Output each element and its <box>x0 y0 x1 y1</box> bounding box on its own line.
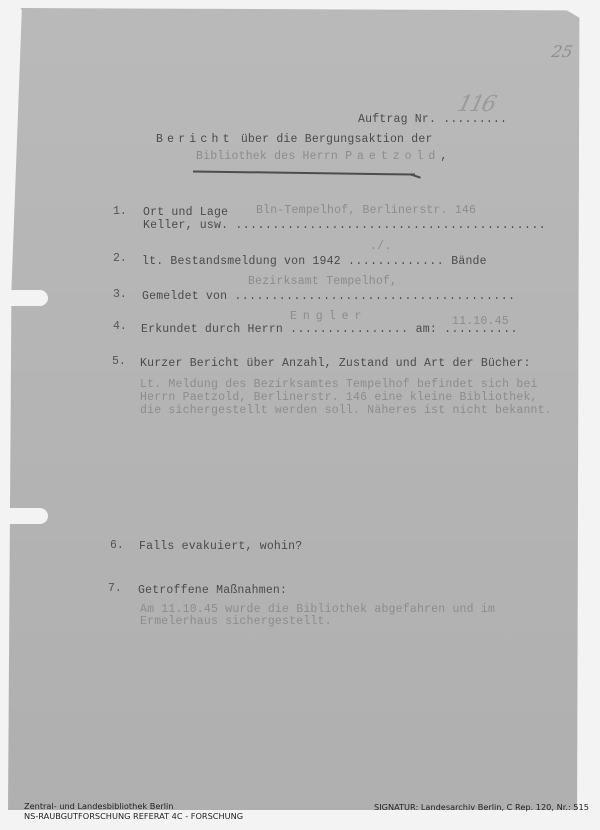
item-label-investigator: Erkundet durch Herrn ................ am… <box>141 323 518 336</box>
item-number-3: 3. <box>113 288 127 301</box>
footer-department: NS-RAUBGUTFORSCHUNG REFERAT 4C - FORSCHU… <box>24 811 243 821</box>
item-value-inventory: ./. <box>370 240 391 253</box>
cellar-label-text: Keller, usw. <box>143 219 235 232</box>
owner-name: Paetzold <box>345 150 440 163</box>
title-spaced-word: Bericht <box>156 133 234 146</box>
fill-dots: ...................................... <box>234 290 515 303</box>
item-number-2: 2. <box>113 252 127 265</box>
item-value-location: Bln-Tempelhof, Berlinerstr. 146 <box>256 204 476 217</box>
item-label-inventory: lt. Bestandsmeldung von 1942 ...........… <box>142 255 487 268</box>
punch-hole-bottom <box>8 508 48 524</box>
investigator-label-text: Erkundet durch Herrn <box>141 323 290 336</box>
item-label-location: Ort und Lage <box>143 206 228 219</box>
fill-dots: ................ <box>290 323 408 336</box>
report-subtitle: Bibliothek des Herrn Paetzold, <box>196 150 447 163</box>
inventory-label-text: lt. Bestandsmeldung von 1942 <box>142 255 348 268</box>
order-label: Auftrag Nr. ......... <box>358 113 507 126</box>
report-title: Bericht über die Bergungsaktion der <box>156 133 433 146</box>
item-label-evacuated: Falls evakuiert, wohin? <box>139 540 302 553</box>
item-number-7: 7. <box>108 582 122 595</box>
fill-dots: ............. <box>348 255 444 268</box>
title-rest: über die Bergungsaktion der <box>234 133 433 146</box>
report-text-line-2: Herrn Paetzold, Berlinerstr. 146 eine kl… <box>140 391 538 404</box>
item-label-measures: Getroffene Maßnahmen: <box>138 584 287 597</box>
item-number-5: 5. <box>112 355 126 368</box>
reported-label-text: Gemeldet von <box>142 290 234 303</box>
subtitle-prefix: Bibliothek des Herrn <box>196 150 345 163</box>
item-label-report: Kurzer Bericht über Anzahl, Zustand und … <box>140 357 531 370</box>
date-fill-dots: .......... <box>444 323 518 336</box>
volumes-unit: Bände <box>444 255 487 268</box>
item-number-4: 4. <box>113 320 127 333</box>
report-text-line-3: die sichergestellt werden soll. Näheres … <box>140 404 552 417</box>
fill-dots: ........................................… <box>235 219 546 232</box>
item-value-reported-by: Bezirksamt Tempelhof, <box>248 275 397 288</box>
item-number-1: 1. <box>113 205 127 218</box>
footer-library: Zentral- und Landesbibliothek Berlin <box>24 801 173 811</box>
punch-hole-top <box>8 290 48 306</box>
footer-signature: SIGNATUR: Landesarchiv Berlin, C Rep. 12… <box>374 802 589 812</box>
subtitle-comma: , <box>440 150 447 163</box>
report-text-line-1: Lt. Meldung des Bezirksamtes Tempelhof b… <box>140 378 538 391</box>
item-number-6: 6. <box>110 539 124 552</box>
date-label: am: <box>409 323 445 336</box>
page-number: 25 <box>550 42 574 61</box>
item-label-reported-by: Gemeldet von ...........................… <box>142 290 516 303</box>
item-value-investigator: Engler <box>290 310 367 323</box>
item-label-cellar: Keller, usw. ...........................… <box>143 219 546 232</box>
footer-institution: Zentral- und Landesbibliothek Berlin NS-… <box>24 802 243 821</box>
measures-text-line-2: Ermelerhaus sichergestellt. <box>140 615 332 628</box>
